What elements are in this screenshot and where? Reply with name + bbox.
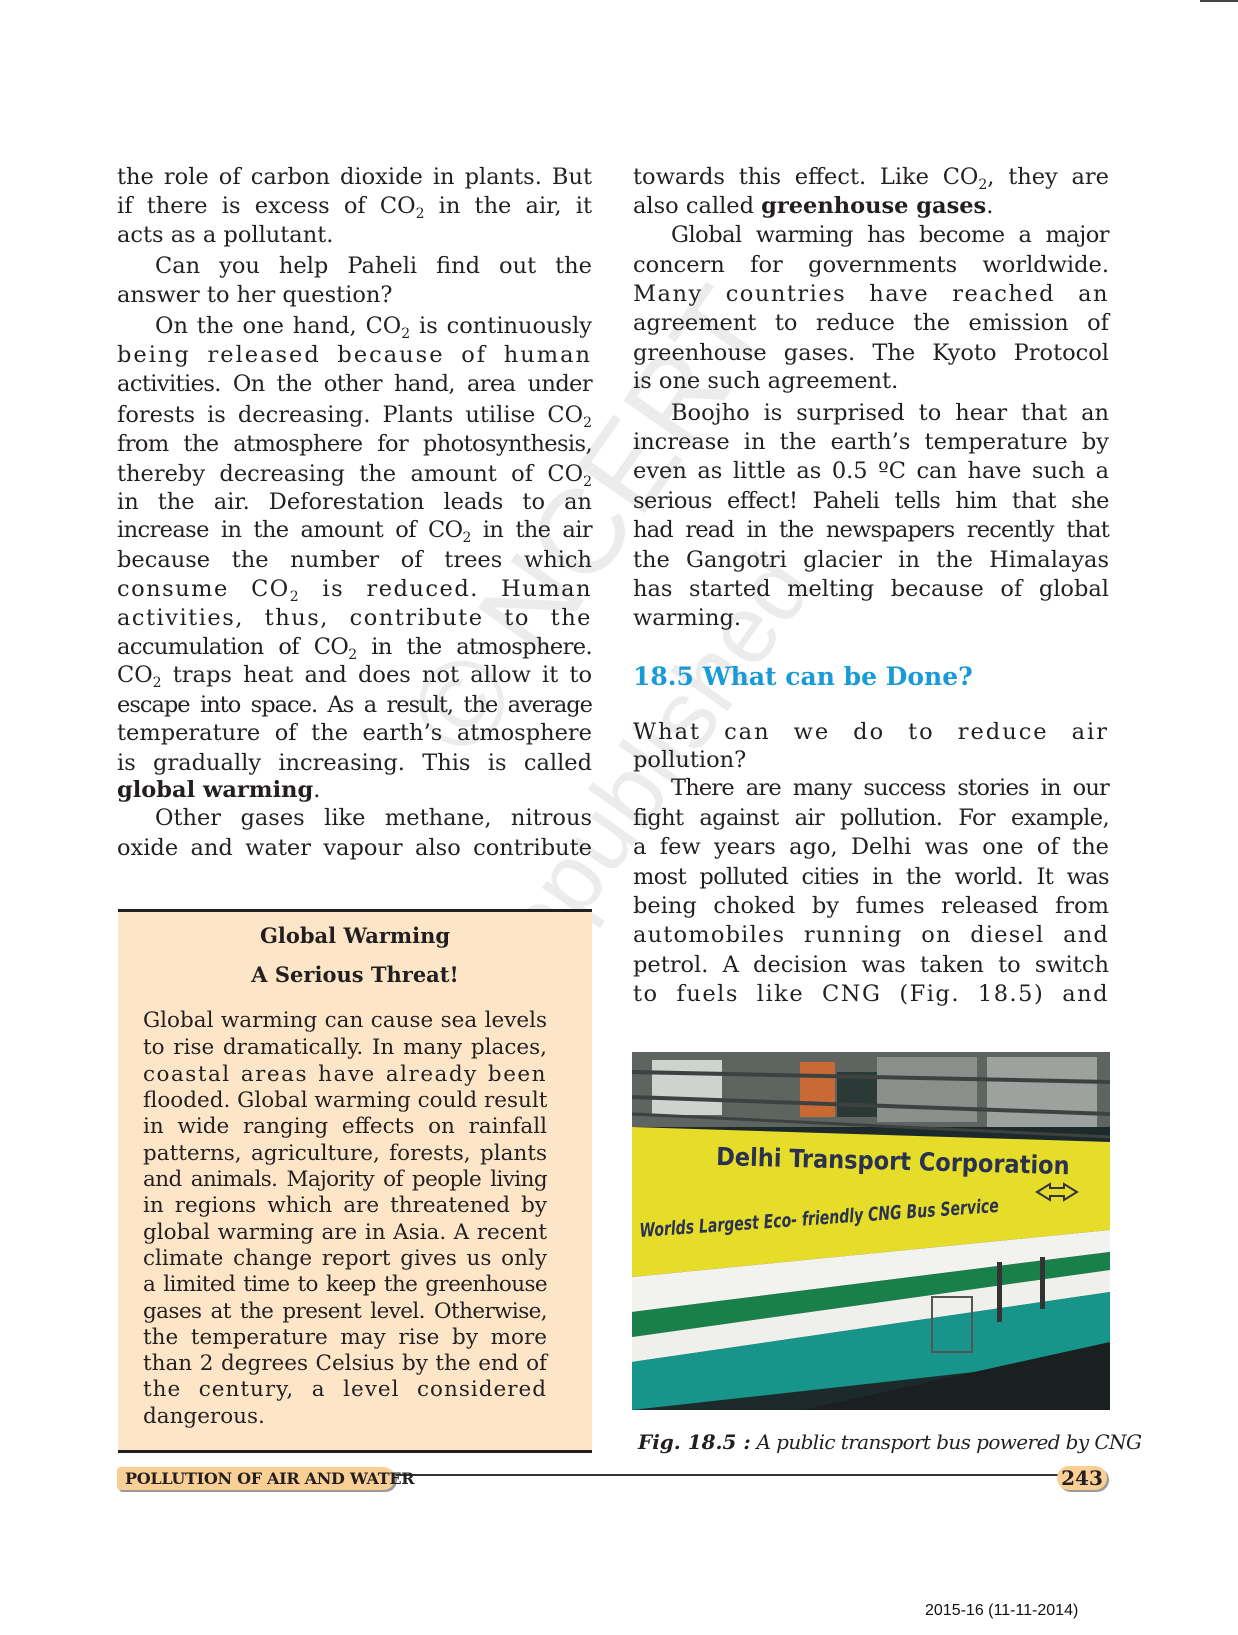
term-greenhouse-gases: greenhouse gases <box>761 193 986 219</box>
text-line: even as little as 0.5 ºC can have such a <box>633 456 1109 486</box>
text-line: agreement to reduce the emission of <box>633 308 1109 338</box>
bus-illustration: Delhi Transport Corporation Worlds Large… <box>632 1052 1110 1410</box>
right-column: towards this effect. Like CO2, they are … <box>633 162 1109 1042</box>
text-line: in the air. Deforestation leads to an <box>117 487 592 517</box>
box-subtitle: A Serious Threat! <box>118 962 592 987</box>
box-line: a limited time to keep the greenhouse <box>143 1271 547 1299</box>
info-box-global-warming: Global Warming A Serious Threat! Global … <box>118 909 592 1453</box>
text-line: to fuels like CNG (Fig. 18.5) and <box>633 979 1109 1009</box>
box-line: in wide ranging effects on rainfall <box>143 1113 547 1141</box>
text-line: increase in the earth’s temperature by <box>633 427 1109 457</box>
left-column: the role of carbon dioxide in plants. Bu… <box>117 162 592 882</box>
text-line: had read in the newspapers recently that <box>633 515 1109 545</box>
text-line: serious effect! Paheli tells him that sh… <box>633 486 1109 516</box>
text-line: activities. On the other hand, area unde… <box>117 369 592 399</box>
text-line: Can you help Paheli find out the <box>117 251 592 281</box>
text-line: acts as a pollutant. <box>117 220 592 250</box>
box-line: dangerous. <box>143 1403 547 1431</box>
box-line: the temperature may rise by more <box>143 1324 547 1352</box>
corner-crop-mark <box>1200 0 1238 2</box>
text-line: global warming. <box>117 775 592 805</box>
chapter-title-tab: POLLUTION OF AIR AND WATER <box>117 1467 395 1490</box>
text-line: warming. <box>633 603 1109 633</box>
bus-photo: Delhi Transport Corporation Worlds Large… <box>632 1052 1110 1410</box>
text-line: petrol. A decision was taken to switch <box>633 950 1109 980</box>
text-line: fight against air pollution. For example… <box>633 803 1109 833</box>
box-line: to rise dramatically. In many places, <box>143 1034 547 1062</box>
text-line: concern for governments worldwide. <box>633 250 1109 280</box>
text-line: There are many success stories in our <box>633 773 1109 803</box>
box-line: gases at the present level. Otherwise, <box>143 1298 547 1326</box>
chapter-title: POLLUTION OF AIR AND WATER <box>125 1469 414 1488</box>
box-line: and animals. Majority of people living <box>143 1166 547 1194</box>
text-line: CO2 traps heat and does not allow it to <box>117 660 592 690</box>
footer-rule <box>390 1474 1062 1476</box>
text-line: accumulation of CO2 in the atmosphere. <box>117 632 592 662</box>
box-line: Global warming can cause sea levels <box>143 1007 547 1035</box>
text-line: has started melting because of global <box>633 574 1109 604</box>
text-line: forests is decreasing. Plants utilise CO… <box>117 400 592 430</box>
text-line: the role of carbon dioxide in plants. Bu… <box>117 162 592 192</box>
box-line: coastal areas have already been <box>143 1061 547 1089</box>
text-line: is gradually increasing. This is called <box>117 748 592 778</box>
text-line: Global warming has become a major <box>633 220 1109 250</box>
text-line: automobiles running on diesel and <box>633 920 1109 950</box>
text-line: oxide and water vapour also contribute <box>117 833 592 863</box>
box-line: patterns, agriculture, forests, plants <box>143 1140 547 1168</box>
text-line: being released because of human <box>117 340 592 370</box>
figure-caption-text: A public transport bus powered by CNG <box>751 1430 1142 1454</box>
text-line: consume CO2 is reduced. Human <box>117 574 592 604</box>
text-line: also called greenhouse gases. <box>633 191 1109 221</box>
text-line: Many countries have reached an <box>633 279 1109 309</box>
edition-date: 2015-16 (11-11-2014) <box>925 1602 1078 1620</box>
text-line: towards this effect. Like CO2, they are <box>633 162 1109 192</box>
text-line: temperature of the earth’s atmosphere <box>117 718 592 748</box>
box-line: the century, a level considered <box>143 1376 547 1404</box>
box-line: climate change report gives us only <box>143 1245 547 1273</box>
box-line: than 2 degrees Celsius by the end of <box>143 1350 547 1378</box>
text-line: thereby decreasing the amount of CO2 <box>117 459 592 489</box>
text-line: greenhouse gases. The Kyoto Protocol <box>633 338 1109 368</box>
text-line: the Gangotri glacier in the Himalayas <box>633 545 1109 575</box>
text-line: activities, thus, contribute to the <box>117 603 592 633</box>
text-line: a few years ago, Delhi was one of the <box>633 832 1109 862</box>
text-line: from the atmosphere for photosynthesis, <box>117 429 592 459</box>
text-line: Other gases like methane, nitrous <box>117 803 592 833</box>
term-global-warming: global warming <box>117 777 313 803</box>
text-line: most polluted cities in the world. It wa… <box>633 862 1109 892</box>
text-line: pollution? <box>633 745 1109 775</box>
figure-label: Fig. 18.5 : <box>638 1430 751 1454</box>
text-line: escape into space. As a result, the aver… <box>117 690 592 720</box>
text-line: What can we do to reduce air <box>633 717 1109 747</box>
text-line: answer to her question? <box>117 280 592 310</box>
box-line: flooded. Global warming could result <box>143 1087 547 1115</box>
box-title: Global Warming <box>118 923 592 948</box>
figure-caption: Fig. 18.5 : A public transport bus power… <box>638 1430 1141 1454</box>
text-line: increase in the amount of CO2 in the air <box>117 515 592 545</box>
box-line: in regions which are threatened by <box>143 1192 547 1220</box>
text-line: because the number of trees which <box>117 545 592 575</box>
box-line: global warming are in Asia. A recent <box>143 1219 547 1247</box>
text-line: On the one hand, CO2 is continuously <box>117 311 592 341</box>
page-number: 243 <box>1057 1466 1107 1490</box>
text-line: if there is excess of CO2 in the air, it <box>117 191 592 221</box>
text-line: Boojho is surprised to hear that an <box>633 398 1109 428</box>
section-heading-18-5: 18.5 What can be Done? <box>633 662 973 691</box>
text-line: is one such agreement. <box>633 366 1109 396</box>
text-line: being choked by fumes released from <box>633 891 1109 921</box>
